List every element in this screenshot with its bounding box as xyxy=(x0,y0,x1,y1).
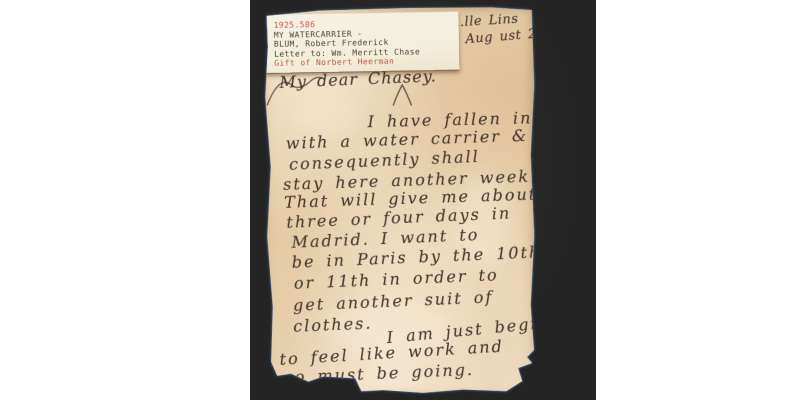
letter-line: clothes. xyxy=(293,313,373,335)
photo-of-letter: …lle Lins …to Aug ust 28 – 1925.586 MY W… xyxy=(0,0,800,400)
letter-paper-wrap: …lle Lins …to Aug ust 28 – 1925.586 MY W… xyxy=(261,5,538,397)
letter-paper: …lle Lins …to Aug ust 28 – 1925.586 MY W… xyxy=(261,5,538,397)
catalog-label: 1925.586 MY WATERCARRIER - BLUM, Robert … xyxy=(264,12,459,73)
